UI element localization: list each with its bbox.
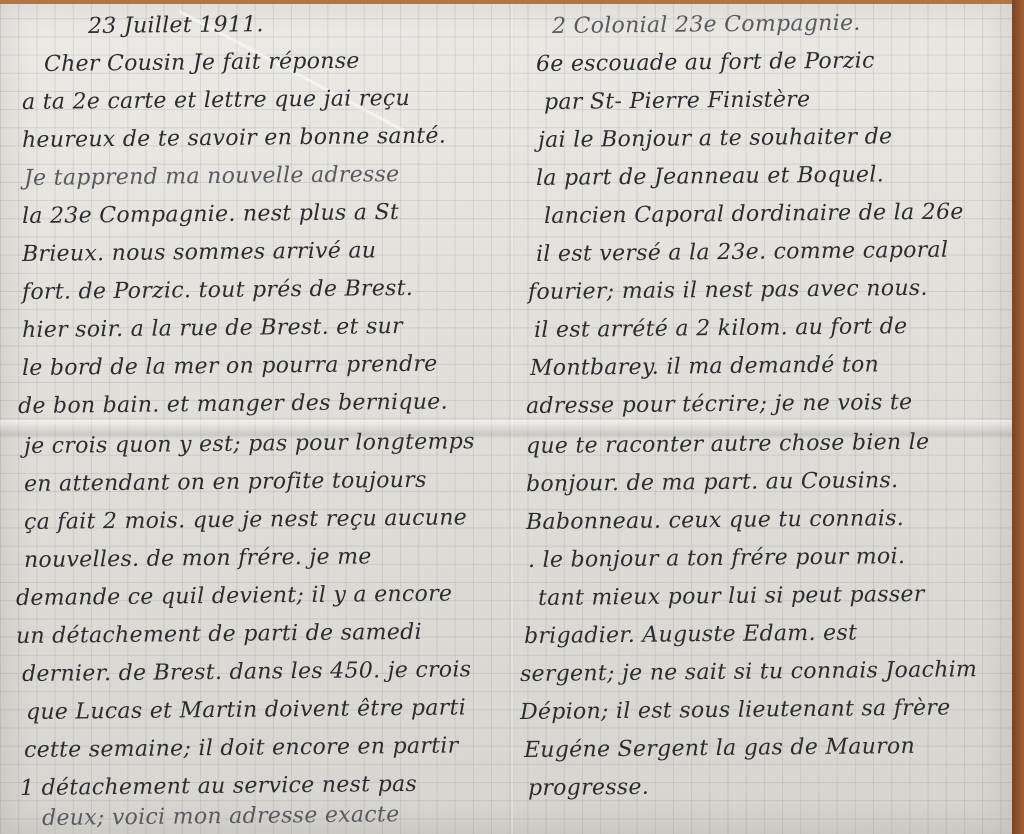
text-line: que Lucas et Martin doivent être parti (26, 695, 466, 725)
text-line: 6e escouade au fort de Porzic (536, 48, 875, 77)
text-line: a ta 2e carte et lettre que jai reçu (22, 86, 410, 115)
text-line: par St- Pierre Finistère (544, 87, 811, 115)
text-line: bonjour. de ma part. au Cousins. (526, 468, 899, 497)
text-line: tant mieux pour lui si peut passer (538, 582, 925, 611)
text-line: Cher Cousin Je fait réponse (44, 49, 360, 77)
text-line: de bon bain. et manger des bernique. (18, 389, 448, 419)
text-line: le bord de la mer on pourra prendre (22, 352, 438, 381)
text-line: adresse pour técrire; je ne vois te (526, 390, 913, 419)
text-line: Dépion; il est sous lieutenant sa frère (520, 695, 951, 725)
text-line: Babonneau. ceux que tu connais. (526, 506, 904, 535)
text-line: la part de Jeanneau et Boquel. (536, 162, 884, 191)
letter-sheet: 23 Juillet 1911. Cher Cousin Je fait rép… (0, 0, 1012, 834)
text-line: il est versé a la 23e. comme caporal (536, 238, 949, 267)
text-line: demande ce quil devient; il y a encore (16, 581, 453, 611)
text-line: sergent; je ne sait si tu connais Joachi… (520, 657, 977, 687)
text-line: en attendant on en profite toujours (24, 468, 427, 497)
text-line: fourier; mais il nest pas avec nous. (528, 276, 928, 305)
text-line: jai le Bonjour a te souhaiter de (538, 124, 893, 153)
table-edge-top (0, 0, 1024, 4)
text-line: un détachement de parti de samedi (16, 620, 422, 649)
text-line: Brieux. nous sommes arrivé au (22, 238, 377, 267)
text-line: 1 détachement au service nest pas (20, 772, 417, 801)
text-line: deux; voici mon adresse exacte (42, 802, 400, 831)
text-line: Eugéne Sergent la gas de Mauron (524, 734, 915, 763)
letter-date: 23 Juillet 1911. (88, 12, 264, 39)
text-line: hier soir. a la rue de Brest. et sur (22, 314, 403, 343)
left-page: 23 Juillet 1911. Cher Cousin Je fait rép… (0, 0, 510, 834)
text-line: heureux de te savoir en bonne santé. (22, 124, 446, 153)
text-line: progresse. (528, 775, 649, 801)
text-line: brigadier. Auguste Edam. est (524, 621, 857, 649)
right-page: 2 Colonial 23e Compagnie. 6e escouade au… (514, 0, 1012, 834)
text-line: fort. de Porzic. tout prés de Brest. (22, 276, 413, 305)
text-line: cette semaine; il doit encore en partir (24, 733, 459, 763)
text-line: la 23e Compagnie. nest plus a St (22, 200, 399, 229)
text-line: il est arrété a 2 kilom. au fort de (534, 314, 908, 343)
text-line: dernier. de Brest. dans les 450. je croi… (22, 657, 472, 687)
text-line: lancien Caporal dordinaire de la 26e (544, 200, 964, 229)
text-line: Je tapprend ma nouvelle adresse (24, 162, 400, 191)
text-line: . le bonjour a ton frére pour moi. (528, 544, 905, 573)
text-line: je crois quon y est; pas pour longtemps (24, 429, 475, 459)
text-line: Montbarey. il ma demandé ton (530, 352, 879, 381)
text-line: nouvelles. de mon frére. je me (24, 544, 372, 573)
text-line: ça fait 2 mois. que je nest reçu aucune (24, 505, 467, 535)
table-edge-right (1012, 0, 1024, 834)
text-line: 2 Colonial 23e Compagnie. (552, 11, 861, 39)
text-line: que te raconter autre chose bien le (526, 430, 930, 459)
